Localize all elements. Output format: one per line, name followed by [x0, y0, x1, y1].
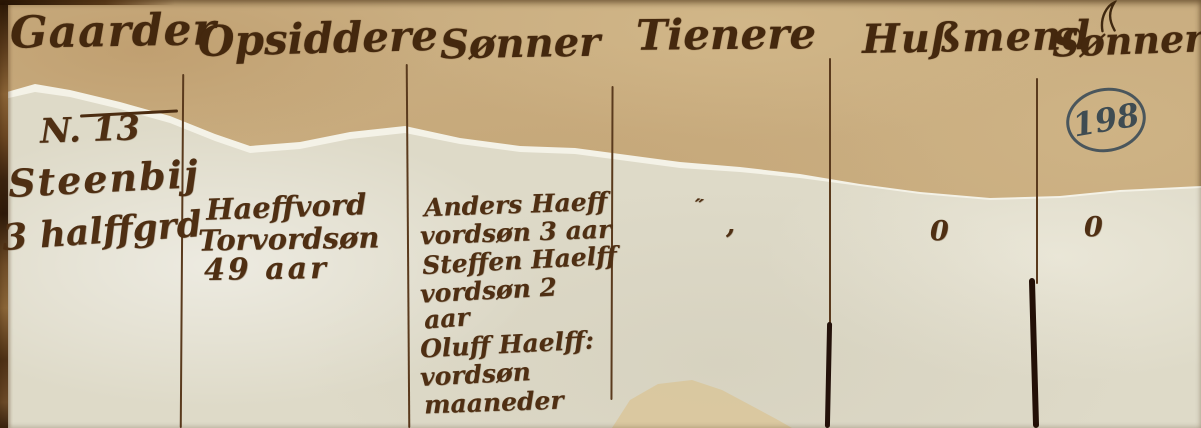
- pen-flourish-icon: [1094, 0, 1127, 35]
- tienere-nil-mark: ,: [726, 210, 735, 240]
- column-header-sonner2: Sønner: [1051, 15, 1201, 65]
- sonner2-nil-mark: 0: [1084, 212, 1103, 243]
- opsidder-age-line: 49 aar: [204, 251, 329, 288]
- page-number: 198: [1070, 95, 1142, 144]
- column-header-tienere: Tienere: [636, 9, 816, 60]
- manuscript-page: Gaarder Opsiddere Sønner Tienere Hußmend…: [0, 0, 1201, 428]
- husmend-nil-mark: 0: [930, 216, 949, 247]
- sonner-entry-line: aar: [423, 302, 470, 334]
- column-header-opsiddere: Opsiddere: [197, 11, 438, 66]
- sonner-entry-line: maaneder: [424, 386, 564, 420]
- column-divider-line: [829, 58, 831, 330]
- column-header-sonner: Sønner: [440, 19, 601, 69]
- column-divider-line: [1036, 78, 1038, 284]
- page-top-edge: [0, 0, 175, 5]
- column-header-gaarder: Gaarder: [10, 4, 218, 59]
- binding-edge: [0, 0, 8, 428]
